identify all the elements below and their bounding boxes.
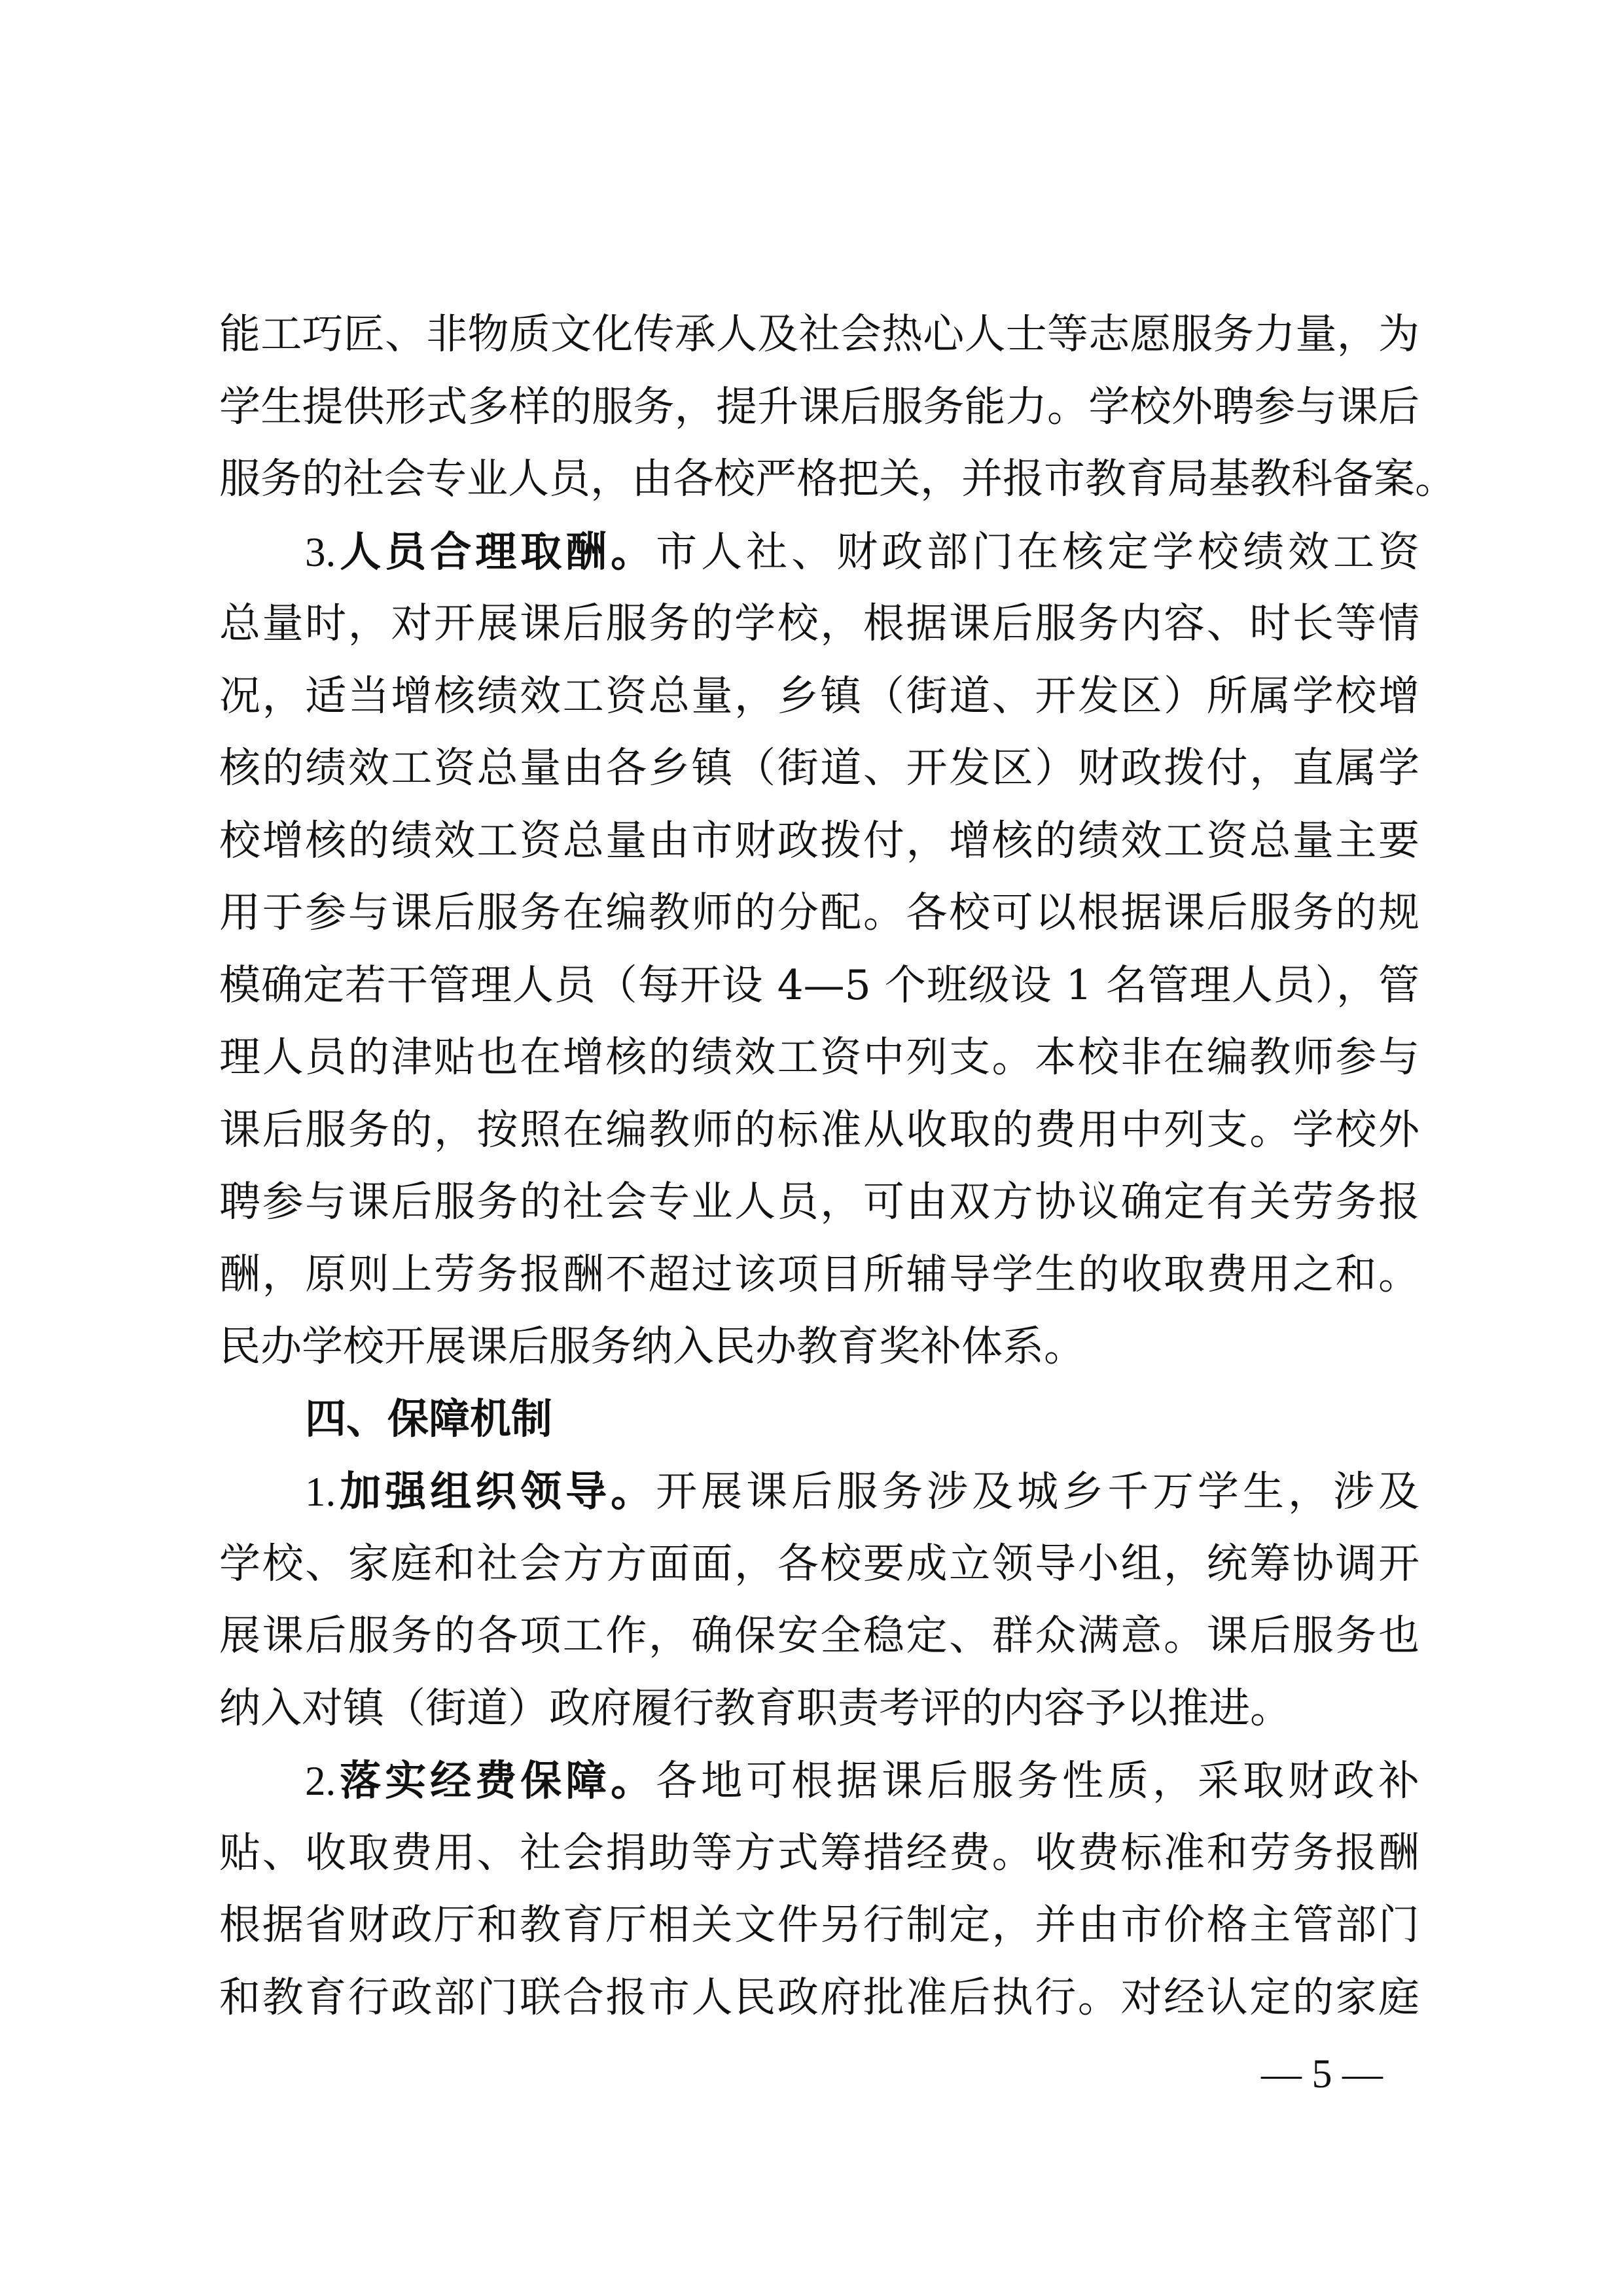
item-text: 市人社、财政部门在核定学校绩效工资 xyxy=(656,528,1419,576)
item-number: 2. xyxy=(305,1758,336,1804)
item-number: 3. xyxy=(305,529,336,575)
paragraph-line: 学校、家庭和社会方方面面，各校要成立领导小组，统筹协调开 xyxy=(219,1528,1419,1600)
paragraph-line: 课后服务的，按照在编教师的标准从收取的费用中列支。学校外 xyxy=(219,1094,1419,1167)
paragraph-line: 总量时，对开展课后服务的学校，根据课后服务内容、时长等情 xyxy=(219,588,1419,660)
item-3-first-line: 3.人员合理取酬。市人社、财政部门在核定学校绩效工资 xyxy=(219,516,1419,588)
paragraph-line: 模确定若干管理人员（每开设 4—5 个班级设 1 名管理人员），管 xyxy=(219,949,1419,1022)
paragraph-line: 核的绩效工资总量由各乡镇（街道、开发区）财政拨付，直属学 xyxy=(219,732,1419,805)
item-2-first-line: 2.落实经费保障。各地可根据课后服务性质，采取财政补 xyxy=(219,1744,1419,1817)
paragraph-line: 理人员的津贴也在增核的绩效工资中列支。本校非在编教师参与 xyxy=(219,1021,1419,1094)
paragraph-line: 根据省财政厅和教育厅相关文件另行制定，并由市价格主管部门 xyxy=(219,1889,1419,1962)
paragraph-line: 学生提供形式多样的服务，提升课后服务能力。学校外聘参与课后 xyxy=(219,371,1419,444)
item-title: 加强组织领导。 xyxy=(336,1467,656,1515)
item-title: 人员合理取酬。 xyxy=(336,527,656,576)
paragraph-line: 服务的社会专业人员，由各校严格把关，并报市教育局基教科备案。 xyxy=(219,443,1419,516)
paragraph-line: 展课后服务的各项工作，确保安全稳定、群众满意。课后服务也 xyxy=(219,1600,1419,1672)
item-1-first-line: 1.加强组织领导。开展课后服务涉及城乡千万学生，涉及 xyxy=(219,1455,1419,1528)
paragraph-line: 况，适当增核绩效工资总量，乡镇（街道、开发区）所属学校增 xyxy=(219,660,1419,733)
document-page: 能工巧匠、非物质文化传承人及社会热心人士等志愿服务力量，为 学生提供形式多样的服… xyxy=(0,0,1623,2296)
paragraph-line: 能工巧匠、非物质文化传承人及社会热心人士等志愿服务力量，为 xyxy=(219,298,1419,371)
paragraph-line: 贴、收取费用、社会捐助等方式筹措经费。收费标准和劳务报酬 xyxy=(219,1817,1419,1890)
paragraph-line: 和教育行政部门联合报市人民政府批准后执行。对经认定的家庭 xyxy=(219,1962,1419,2034)
document-body: 能工巧匠、非物质文化传承人及社会热心人士等志愿服务力量，为 学生提供形式多样的服… xyxy=(219,298,1419,2034)
page-number: — 5 — xyxy=(1243,2048,1400,2100)
paragraph-line: 酬，原则上劳务报酬不超过该项目所辅导学生的收取费用之和。 xyxy=(219,1239,1419,1311)
item-title: 落实经费保障。 xyxy=(336,1756,656,1805)
item-text: 各地可根据课后服务性质，采取财政补 xyxy=(656,1757,1419,1805)
item-number: 1. xyxy=(305,1469,336,1515)
item-text: 开展课后服务涉及城乡千万学生，涉及 xyxy=(656,1468,1419,1515)
paragraph-line: 纳入对镇（街道）政府履行教育职责考评的内容予以推进。 xyxy=(219,1672,1419,1745)
paragraph-line: 聘参与课后服务的社会专业人员，可由双方协议确定有关劳务报 xyxy=(219,1166,1419,1239)
paragraph-line: 民办学校开展课后服务纳入民办教育奖补体系。 xyxy=(219,1311,1419,1383)
paragraph-line: 校增核的绩效工资总量由市财政拨付，增核的绩效工资总量主要 xyxy=(219,805,1419,877)
section-heading: 四、保障机制 xyxy=(219,1383,1419,1456)
paragraph-line: 用于参与课后服务在编教师的分配。各校可以根据课后服务的规 xyxy=(219,877,1419,949)
